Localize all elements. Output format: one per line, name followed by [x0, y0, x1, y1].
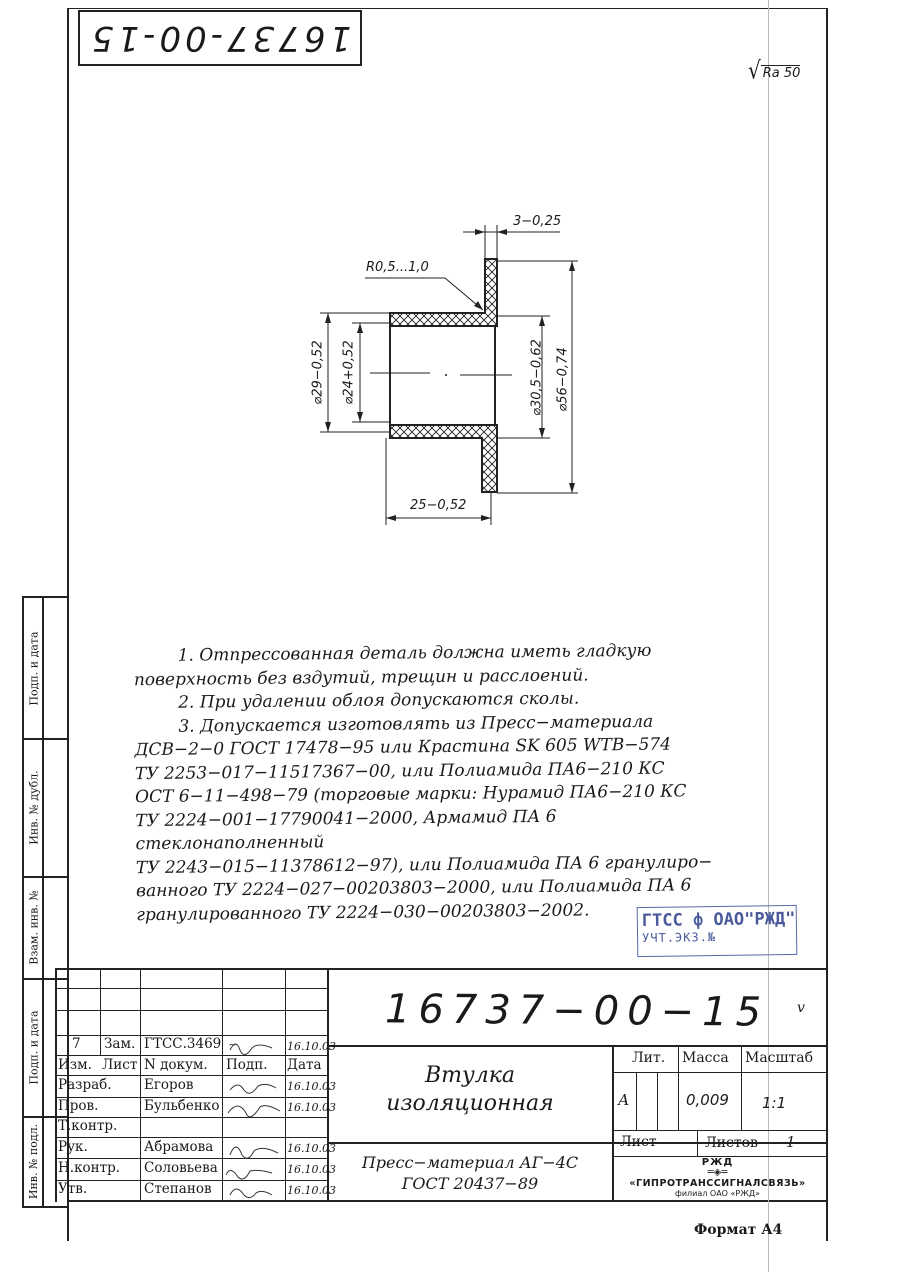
part-name: Втулка изоляционная	[330, 1062, 610, 1118]
organization-logo: РЖД ═◈═ «ГИПРОТРАНССИГНАЛСВЯЗЬ» филиал О…	[610, 1157, 825, 1202]
scan-artifact-line	[768, 0, 769, 1272]
part-name-line1: Втулка	[330, 1062, 610, 1090]
top-designation-text: 16737-00-15	[88, 18, 351, 58]
dim-flange-inner-diameter: ⌀30,5−0,62	[530, 318, 545, 438]
role-date: 16.10.03	[287, 1184, 336, 1197]
header-doc: N докум.	[144, 1057, 208, 1073]
change-date: 16.10.03	[287, 1040, 336, 1053]
change-izm: 7	[72, 1036, 81, 1052]
role-label: Рук.	[58, 1139, 88, 1155]
organization-name: «ГИПРОТРАНССИГНАЛСВЯЗЬ»	[610, 1178, 825, 1189]
roughness-value: Ra 50	[761, 65, 801, 81]
dim-length: 25−0,52	[410, 498, 466, 513]
sheets-value: 1	[786, 1133, 796, 1151]
drawing-designation: 16737−00−15	[385, 986, 769, 1035]
root-check-icon: √	[748, 56, 761, 85]
role-name: Абрамова	[144, 1139, 213, 1155]
stamp-line-1: ГТСС ф ОАО"РЖД"	[638, 906, 796, 931]
frame-top-border	[67, 8, 826, 9]
role-name: Соловьева	[144, 1160, 218, 1176]
surface-roughness-symbol: √Ra 50	[748, 58, 800, 82]
scale-label: Масштаб	[745, 1050, 813, 1066]
side-label: Подп. и дата	[28, 631, 41, 705]
signatures	[222, 1035, 285, 1202]
role-date: 16.10.03	[287, 1142, 336, 1155]
role-name: Егоров	[144, 1077, 193, 1093]
side-label: Инв. № подл.	[28, 1123, 41, 1198]
header-list: Лист	[102, 1057, 137, 1073]
revision-mark: v	[797, 1000, 805, 1016]
note-line: ТУ 2224−001−17790041−2000, Армамид ПА 6 …	[135, 803, 745, 856]
scale-value: 1:1	[762, 1094, 786, 1112]
stamp-line-2: УЧТ.ЭКЗ.№	[638, 929, 796, 945]
material-line2: ГОСТ 20437−89	[330, 1173, 610, 1194]
side-label: Взам. инв. №	[28, 890, 41, 964]
winged-wheel-icon: ═◈═	[610, 1168, 825, 1178]
lit-value: А	[618, 1091, 629, 1109]
sheet-label: Лист	[620, 1134, 657, 1150]
role-label: Н.контр.	[58, 1160, 120, 1176]
registration-stamp: ГТСС ф ОАО"РЖД" УЧТ.ЭКЗ.№	[637, 905, 798, 957]
mass-label: Масса	[682, 1050, 729, 1066]
role-name: Бульбенко	[144, 1098, 219, 1114]
role-label: Пров.	[58, 1098, 98, 1114]
role-date: 16.10.03	[287, 1101, 336, 1114]
sheets-label: Листов	[705, 1135, 758, 1151]
header-izm: Изм.	[58, 1057, 92, 1073]
role-label: Утв.	[58, 1181, 87, 1197]
material-line1: Пресс−материал АГ−4С	[330, 1152, 610, 1173]
change-doc: ГТСС.3469	[144, 1036, 221, 1052]
dim-inner-diameter: ⌀24+0,52	[342, 318, 357, 428]
technical-notes: 1. Отпрессованная деталь должна иметь гл…	[134, 639, 747, 927]
dim-flange-thickness: 3−0,25	[513, 214, 561, 229]
format-label: Формат А4	[694, 1222, 782, 1238]
role-label: Разраб.	[58, 1077, 112, 1093]
part-name-line2: изоляционная	[330, 1090, 610, 1118]
dim-outer-diameter-body: ⌀29−0,52	[311, 318, 326, 428]
organization-subtitle: филиал ОАО «РЖД»	[610, 1189, 825, 1198]
side-label: Инв. № дубл.	[28, 770, 41, 844]
role-label: Т.контр.	[58, 1118, 117, 1134]
material-spec: Пресс−материал АГ−4С ГОСТ 20437−89	[330, 1152, 610, 1194]
role-date: 16.10.03	[287, 1163, 336, 1176]
header-date: Дата	[287, 1057, 322, 1073]
dim-fillet-radius: R0,5...1,0	[366, 260, 429, 275]
side-label: Подп. и дата	[28, 1010, 41, 1084]
role-date: 16.10.03	[287, 1080, 336, 1093]
change-list: Зам.	[104, 1036, 135, 1052]
mass-value: 0,009	[686, 1091, 729, 1109]
top-designation-stamp: 16737-00-15	[78, 10, 362, 66]
dim-flange-outer-diameter: ⌀56−0,74	[556, 325, 571, 435]
lit-label: Лит.	[632, 1050, 665, 1066]
role-name: Степанов	[144, 1181, 212, 1197]
